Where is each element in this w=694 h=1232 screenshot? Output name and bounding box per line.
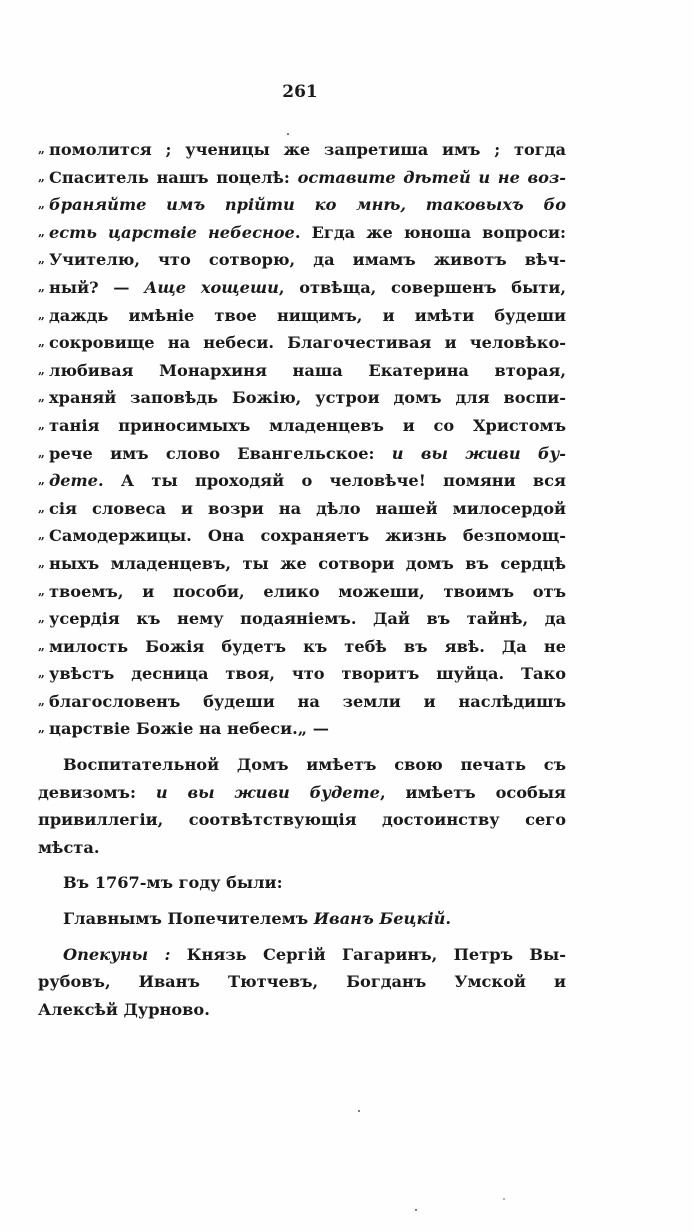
text-segment: Алексѣй Дурново. <box>38 1000 210 1019</box>
text-segment: Учителю, что сотворю, да имамъ животъ вѣ… <box>49 250 566 269</box>
text-line: „благословенъ будеши на земли и наслѣдиш… <box>38 688 566 716</box>
quote-mark: „ <box>38 274 49 302</box>
text-segment: , отвѣща, совершенъ быти, <box>279 278 566 297</box>
text-segment: твоемъ, и пособи, елико можеши, твоимъ о… <box>49 582 566 601</box>
quote-mark: „ <box>38 329 49 357</box>
text-line: „ныхъ младенцевъ, ты же сотвори домъ въ … <box>38 550 566 578</box>
text-segment: помолится ; ученицы же запретиша имъ ; т… <box>49 140 566 159</box>
page-body: „помолится ; ученицы же запретиша имъ ; … <box>38 136 566 1023</box>
text-line: „милость Божія будетъ къ тебѣ въ явѣ. Да… <box>38 633 566 661</box>
text-line: „твоемъ, и пособи, елико можеши, твоимъ … <box>38 578 566 606</box>
text-line: „усердія къ нему подаяніемъ. Дай въ тайн… <box>38 605 566 633</box>
italic-text: браняйте имъ прійти ко мнѣ, таковыхъ бо <box>49 195 566 214</box>
quote-mark: „ <box>38 550 49 578</box>
text-line: „даждь имѣніе твое нищимъ, и имѣти будеш… <box>38 302 566 330</box>
quote-mark: „ <box>38 302 49 330</box>
text-segment: . А ты проходяй о человѣче! помяни вся <box>98 471 566 490</box>
italic-text: оставите дѣтей и не воз- <box>298 168 566 187</box>
page-number: 261 <box>270 82 330 102</box>
print-speck <box>287 133 289 135</box>
paragraph: Главнымъ Попечителемъ Иванъ Бецкій. <box>38 905 566 933</box>
text-line: „увѣстъ десница твоя, что творитъ шуйца.… <box>38 660 566 688</box>
italic-text: и вы живи бу- <box>392 444 566 463</box>
quote-mark: „ <box>38 467 49 495</box>
text-segment: Самодержицы. Она сохраняетъ жизнь безпом… <box>49 526 566 545</box>
text-segment: мѣста. <box>38 838 99 857</box>
text-line: „рече имъ слово Евангельское: и вы живи … <box>38 440 566 468</box>
quote-mark: „ <box>38 688 49 716</box>
text-line: „Спаситель нашъ поцелѣ: оставите дѣтей и… <box>38 164 566 192</box>
text-segment: . <box>445 909 451 928</box>
text-line: „есть царствіе небесное. Егда же юноша в… <box>38 219 566 247</box>
text-segment: усердія къ нему подаяніемъ. Дай въ тайнѣ… <box>49 609 566 628</box>
quote-mark: „ <box>38 495 49 523</box>
text-line: Алексѣй Дурново. <box>38 996 566 1024</box>
text-line: девизомъ: и вы живи будете, имѣетъ особы… <box>38 779 566 807</box>
quote-mark: „ <box>38 633 49 661</box>
text-line: „любивая Монархиня наша Екатерина вторая… <box>38 357 566 385</box>
text-segment: ныхъ младенцевъ, ты же сотвори домъ въ с… <box>49 554 566 573</box>
text-line: „царствіе Божіе на небеси.„ — <box>38 715 566 743</box>
italic-text: Иванъ Бецкій <box>314 909 446 928</box>
text-line: Въ 1767-мъ году были: <box>38 869 566 897</box>
text-segment: девизомъ: <box>38 783 156 802</box>
text-segment: Главнымъ Попечителемъ <box>63 909 314 928</box>
text-segment: Князь Сергій Гагаринъ, Петръ Вы- <box>170 945 566 964</box>
text-line: „сія словеса и возри на дѣло нашей милос… <box>38 495 566 523</box>
text-segment: Спаситель нашъ поцелѣ: <box>49 168 298 187</box>
book-page: 261 „помолится ; ученицы же запретиша им… <box>0 0 694 1232</box>
text-segment: любивая Монархиня наша Екатерина вторая, <box>49 361 566 380</box>
text-segment: . Егда же юноша вопроси: <box>295 223 566 242</box>
text-line: „Самодержицы. Она сохраняетъ жизнь безпо… <box>38 522 566 550</box>
text-segment: увѣстъ десница твоя, что творитъ шуйца. … <box>49 664 566 683</box>
text-line: „Учителю, что сотворю, да имамъ животъ в… <box>38 246 566 274</box>
quote-mark: „ <box>38 578 49 606</box>
paragraph: Опекуны : Князь Сергій Гагаринъ, Петръ В… <box>38 941 566 1024</box>
print-speck <box>358 1110 360 1112</box>
text-segment: царствіе Божіе на небеси.„ — <box>49 719 329 738</box>
text-line: „дете. А ты проходяй о человѣче! помяни … <box>38 467 566 495</box>
italic-text: есть царствіе небесное <box>49 223 295 242</box>
print-speck <box>415 1209 417 1211</box>
italic-text: дете <box>49 471 98 490</box>
text-line: „ный? — Аще хощеши, отвѣща, совершенъ бы… <box>38 274 566 302</box>
quote-mark: „ <box>38 715 49 743</box>
text-line: „танія приносимыхъ младенцевъ и со Христ… <box>38 412 566 440</box>
text-line: Главнымъ Попечителемъ Иванъ Бецкій. <box>38 905 566 933</box>
italic-text: Опекуны : <box>63 945 170 964</box>
quote-mark: „ <box>38 191 49 219</box>
text-segment: храняй заповѣдь Божію, устрои домъ для в… <box>49 388 566 407</box>
paragraph: Въ 1767-мъ году были: <box>38 869 566 897</box>
italic-text: Аще хощеши <box>144 278 279 297</box>
text-line: Воспитательной Домъ имѣетъ свою печать с… <box>38 751 566 779</box>
text-segment: сія словеса и возри на дѣло нашей милосе… <box>49 499 566 518</box>
text-segment: Воспитательной Домъ имѣетъ свою печать с… <box>63 755 566 774</box>
text-segment: милость Божія будетъ къ тебѣ въ явѣ. Да … <box>49 637 566 656</box>
quote-mark: „ <box>38 605 49 633</box>
text-segment: благословенъ будеши на земли и наслѣдишъ <box>49 692 566 711</box>
quote-mark: „ <box>38 246 49 274</box>
text-segment: ный? — <box>49 278 144 297</box>
text-segment: даждь имѣніе твое нищимъ, и имѣти будеши <box>49 306 566 325</box>
print-speck <box>503 1198 505 1200</box>
text-line: „храняй заповѣдь Божію, устрои домъ для … <box>38 384 566 412</box>
text-segment: сокровище на небеси. Благочестивая и чел… <box>49 333 566 352</box>
quote-mark: „ <box>38 219 49 247</box>
paragraphs: Воспитательной Домъ имѣетъ свою печать с… <box>38 751 566 1023</box>
quote-mark: „ <box>38 164 49 192</box>
quote-mark: „ <box>38 357 49 385</box>
text-segment: рубовъ, Иванъ Тютчевъ, Богданъ Умской и <box>38 972 566 991</box>
quote-mark: „ <box>38 660 49 688</box>
text-line: мѣста. <box>38 834 566 862</box>
text-segment: Въ 1767-мъ году были: <box>63 873 283 892</box>
quote-mark: „ <box>38 440 49 468</box>
italic-text: и вы живи будете <box>156 783 380 802</box>
text-segment: привиллегіи, соотвѣтствующія достоинству… <box>38 810 566 829</box>
text-segment: рече имъ слово Евангельское: <box>49 444 392 463</box>
quoted-passage: „помолится ; ученицы же запретиша имъ ; … <box>38 136 566 743</box>
paragraph: Воспитательной Домъ имѣетъ свою печать с… <box>38 751 566 861</box>
quote-mark: „ <box>38 522 49 550</box>
quote-mark: „ <box>38 384 49 412</box>
text-line: „помолится ; ученицы же запретиша имъ ; … <box>38 136 566 164</box>
text-line: „сокровище на небеси. Благочестивая и че… <box>38 329 566 357</box>
text-line: привиллегіи, соотвѣтствующія достоинству… <box>38 806 566 834</box>
quote-mark: „ <box>38 136 49 164</box>
text-line: Опекуны : Князь Сергій Гагаринъ, Петръ В… <box>38 941 566 969</box>
text-line: рубовъ, Иванъ Тютчевъ, Богданъ Умской и <box>38 968 566 996</box>
quote-mark: „ <box>38 412 49 440</box>
text-segment: , имѣетъ особыя <box>380 783 566 802</box>
text-segment: танія приносимыхъ младенцевъ и со Христо… <box>49 416 566 435</box>
text-line: „браняйте имъ прійти ко мнѣ, таковыхъ бо <box>38 191 566 219</box>
